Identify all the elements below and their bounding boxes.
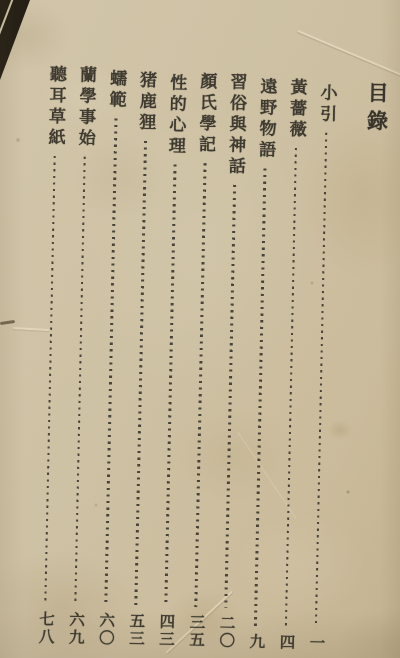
toc-entry-page-number: 六九 [64, 611, 87, 646]
page-title: 目錄 [361, 81, 392, 138]
toc-entry-page-number: 六〇 [94, 612, 117, 647]
toc-entry-title: 習俗與神話 [222, 73, 249, 179]
toc-entry-title: 聽耳草紙 [42, 65, 69, 150]
paper-page: 目錄 小引 一 黃薔薇 四 遠野物語 九 習俗與神話 二〇 顏氏學記 三五 性的… [0, 0, 400, 658]
toc-entry-title: 性的心理 [163, 73, 190, 158]
dotted-leader [104, 118, 117, 605]
toc-entry-page-number: 四 [274, 633, 296, 651]
toc-entry-page-number: 九 [244, 633, 266, 651]
dotted-leader [225, 185, 236, 608]
toc-entry-page-number: 三五 [184, 614, 207, 649]
toc-content: 目錄 小引 一 黃薔薇 四 遠野物語 九 習俗與神話 二〇 顏氏學記 三五 性的… [0, 0, 400, 658]
toc-entry-page-number: 四三 [154, 613, 177, 648]
toc-entry-title: 遠野物語 [253, 77, 280, 162]
toc-entry-page-number: 五三 [124, 613, 147, 648]
dotted-leader [284, 148, 297, 626]
toc-entry-page-number: 一 [304, 634, 326, 652]
toc-entry-title: 蠕範 [103, 69, 129, 112]
dotted-leader [134, 141, 146, 606]
dotted-leader [164, 164, 176, 606]
toc-entry-page-number: 二〇 [214, 614, 237, 649]
dotted-leader [74, 157, 86, 605]
dotted-leader [315, 133, 328, 627]
dotted-leader [195, 163, 207, 607]
toc-entry-page-number: 七八 [33, 611, 56, 646]
toc-entry-title: 猪鹿狸 [133, 71, 159, 135]
photo-of-book-page: 目錄 小引 一 黃薔薇 四 遠野物語 九 習俗與神話 二〇 顏氏學記 三五 性的… [0, 0, 400, 658]
dotted-leader [254, 168, 266, 625]
toc-entry-title: 黃薔薇 [283, 78, 309, 142]
toc-entry-title: 蘭學事始 [72, 65, 99, 150]
toc-entries: 小引 一 黃薔薇 四 遠野物語 九 習俗與神話 二〇 顏氏學記 三五 性的心理 … [30, 65, 341, 652]
toc-entry-title: 小引 [314, 83, 340, 126]
dotted-leader [44, 156, 56, 604]
toc-entry-title: 顏氏學記 [193, 72, 220, 157]
